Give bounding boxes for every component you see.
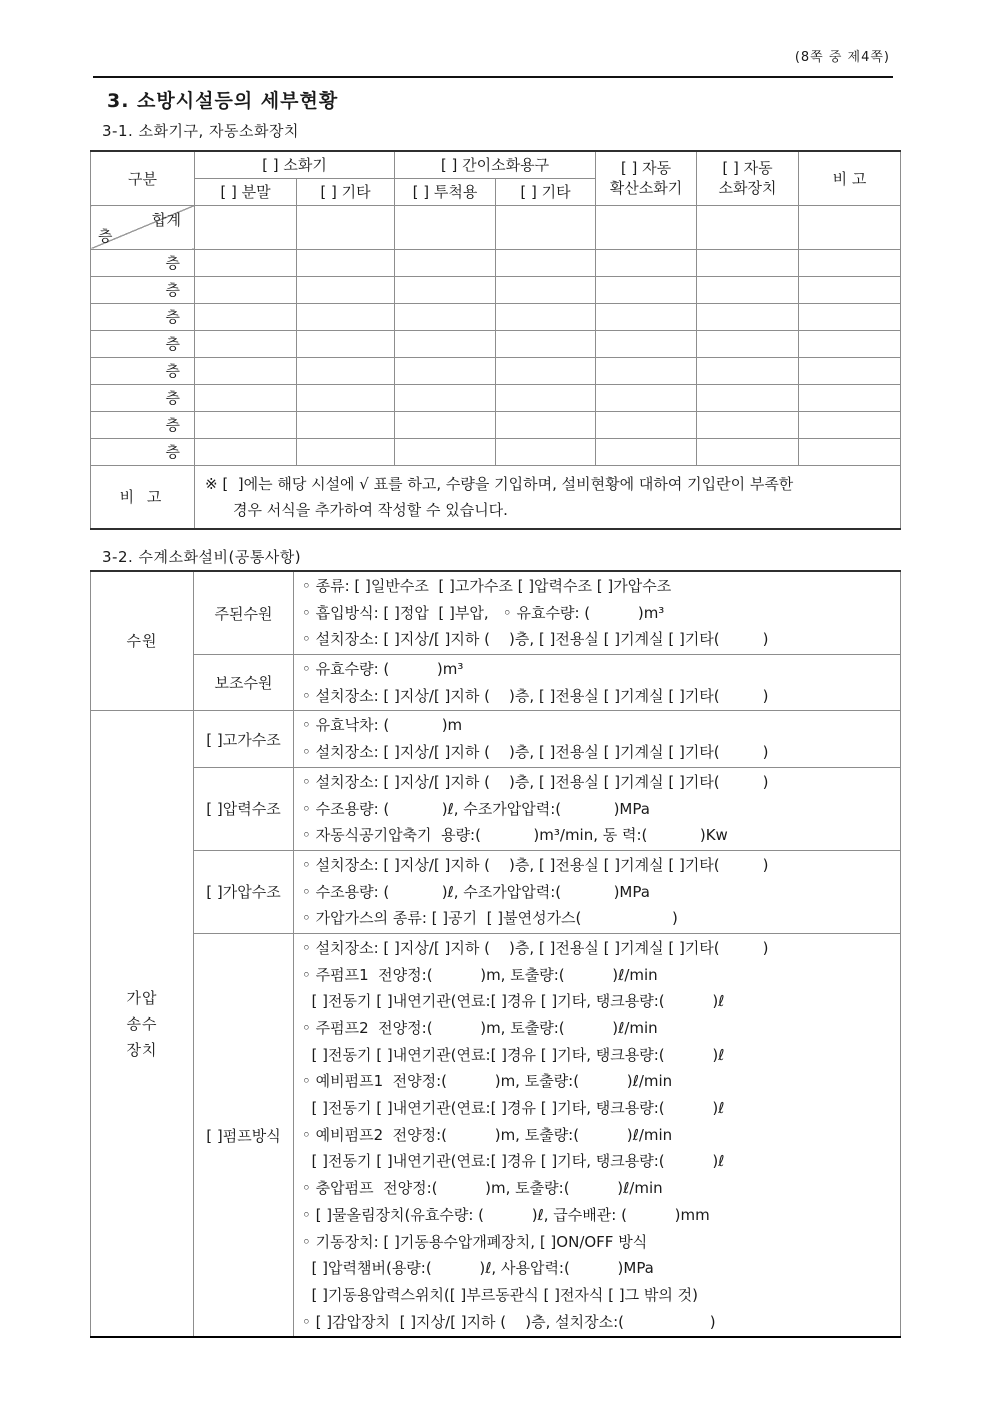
- form-line: ◦ 예비펌프1 전양정:( )m, 토출량:( )ℓ/min: [302, 1068, 898, 1095]
- form-lines-pump-type: ◦ 설치장소: [ ]지상/[ ]지하 ( )층, [ ]전용실 [ ]기계실 …: [294, 933, 901, 1337]
- entry-cell: [697, 303, 799, 330]
- entry-cell: [496, 330, 596, 357]
- entry-cell: [195, 357, 297, 384]
- water-system-table: 수원 주된수원 ◦ 종류: [ ]일반수조 [ ]고가수조 [ ]압력수조 [ …: [90, 570, 901, 1338]
- total-row: 합계 층: [91, 205, 901, 249]
- entry-cell: [195, 276, 297, 303]
- form-line: ◦ 설치장소: [ ]지상/[ ]지하 ( )층, [ ]전용실 [ ]기계실 …: [302, 683, 898, 710]
- entry-cell: [496, 411, 596, 438]
- remarks-row: 비 고 ※ [ ]에는 해당 시설에 √ 표를 하고, 수량을 기입하며, 설비…: [91, 465, 901, 529]
- entry-cell: [596, 357, 697, 384]
- form-line: ◦ 수조용량: ( )ℓ, 수조가압압력:( )MPa: [302, 879, 898, 906]
- subrow-label-main-source: 주된수원: [194, 571, 294, 655]
- form-line: ◦ 가압가스의 종류: [ ]공기 [ ]불연성가스( ): [302, 905, 898, 932]
- entry-cell: [496, 249, 596, 276]
- subrow-label-elevated-tank: [ ]고가수조: [194, 711, 294, 767]
- remarks-row-label: 비 고: [91, 465, 195, 529]
- header-auto-device-line1: [ ] 자동: [697, 158, 798, 178]
- floor-label: 층: [91, 249, 195, 276]
- form-lines-aux-source: ◦ 유효수량: ( )m³ ◦ 설치장소: [ ]지상/[ ]지하 ( )층, …: [294, 655, 901, 711]
- form-line: [ ]전동기 [ ]내연기관(연료:[ ]경유 [ ]기타, 탱크용량:( )ℓ: [302, 1042, 898, 1069]
- entry-cell: [799, 205, 901, 249]
- entry-cell: [596, 205, 697, 249]
- entry-cell: [395, 438, 496, 465]
- form-line: ◦ 유효수량: ( )m³: [302, 656, 898, 683]
- floor-row: 층: [91, 357, 901, 384]
- entry-cell: [297, 438, 395, 465]
- form-line: ◦ 유효낙차: ( )m: [302, 712, 898, 739]
- floor-row: 층: [91, 411, 901, 438]
- group-label-water-source: 수원: [91, 571, 194, 711]
- entry-cell: [697, 357, 799, 384]
- entry-cell: [596, 249, 697, 276]
- header-remarks: 비 고: [799, 151, 901, 205]
- diagonal-floor-label: 층: [98, 225, 113, 246]
- floor-label: 층: [91, 330, 195, 357]
- section2-heading: 3-2. 수계소화설비(공통사항): [102, 546, 301, 567]
- floor-row: 층: [91, 438, 901, 465]
- page-title: 3. 소방시설등의 세부현황: [107, 86, 338, 113]
- entry-cell: [297, 205, 395, 249]
- form-line: ◦ 수조용량: ( )ℓ, 수조가압압력:( )MPa: [302, 796, 898, 823]
- entry-cell: [697, 276, 799, 303]
- floor-label: 층: [91, 411, 195, 438]
- entry-cell: [596, 303, 697, 330]
- form-line: [ ]전동기 [ ]내연기관(연료:[ ]경유 [ ]기타, 탱크용량:( )ℓ: [302, 988, 898, 1015]
- table-row: 보조수원 ◦ 유효수량: ( )m³ ◦ 설치장소: [ ]지상/[ ]지하 (…: [91, 655, 901, 711]
- form-line: ◦ 자동식공기압축기 용량:( )m³/min, 동 력:( )Kw: [302, 822, 898, 849]
- form-line: [ ]전동기 [ ]내연기관(연료:[ ]경유 [ ]기타, 탱크용량:( )ℓ: [302, 1148, 898, 1175]
- entry-cell: [596, 276, 697, 303]
- form-line: ◦ 설치장소: [ ]지상/[ ]지하 ( )층, [ ]전용실 [ ]기계실 …: [302, 626, 898, 653]
- header-auto-device: [ ] 자동 소화장치: [697, 151, 799, 205]
- form-line: ◦ 종류: [ ]일반수조 [ ]고가수조 [ ]압력수조 [ ]가압수조: [302, 573, 898, 600]
- table-row: 수원 주된수원 ◦ 종류: [ ]일반수조 [ ]고가수조 [ ]압력수조 [ …: [91, 571, 901, 655]
- entry-cell: [297, 384, 395, 411]
- entry-cell: [297, 303, 395, 330]
- entry-cell: [596, 438, 697, 465]
- floor-row: 층: [91, 330, 901, 357]
- entry-cell: [195, 303, 297, 330]
- header-auto-diffusion-line1: [ ] 자동: [596, 158, 696, 178]
- document-page: (8쪽 중 제4쪽) 3. 소방시설등의 세부현황 3-1. 소화기구, 자동소…: [0, 0, 992, 1403]
- entry-cell: [496, 205, 596, 249]
- form-line: ◦ 설치장소: [ ]지상/[ ]지하 ( )층, [ ]전용실 [ ]기계실 …: [302, 769, 898, 796]
- floor-label: 층: [91, 438, 195, 465]
- form-line: ◦ [ ]물올림장치(유효수량: ( )ℓ, 급수배관: ( )mm: [302, 1202, 898, 1229]
- form-lines-pressurized-tank: ◦ 설치장소: [ ]지상/[ ]지하 ( )층, [ ]전용실 [ ]기계실 …: [294, 850, 901, 933]
- entry-cell: [297, 249, 395, 276]
- subrow-label-pressurized-tank: [ ]가압수조: [194, 850, 294, 933]
- footnote-line-1: ※ [ ]에는 해당 시설에 √ 표를 하고, 수량을 기입하며, 설비현황에 …: [205, 471, 894, 497]
- entry-cell: [799, 303, 901, 330]
- table-row: 가압 송수 장치 [ ]고가수조 ◦ 유효낙차: ( )m ◦ 설치장소: [ …: [91, 711, 901, 767]
- entry-cell: [395, 357, 496, 384]
- header-other-1: [ ] 기타: [297, 178, 395, 205]
- header-gubun: 구분: [91, 151, 195, 205]
- entry-cell: [195, 438, 297, 465]
- header-powder: [ ] 분말: [195, 178, 297, 205]
- entry-cell: [697, 249, 799, 276]
- entry-cell: [799, 276, 901, 303]
- table-row: [ ]압력수조 ◦ 설치장소: [ ]지상/[ ]지하 ( )층, [ ]전용실…: [91, 767, 901, 850]
- entry-cell: [799, 249, 901, 276]
- entry-cell: [395, 205, 496, 249]
- entry-cell: [799, 330, 901, 357]
- floor-label: 층: [91, 276, 195, 303]
- diagonal-header-cell: 합계 층: [91, 205, 195, 249]
- form-line: [ ]압력챔버(용량:( )ℓ, 사용압력:( )MPa: [302, 1255, 898, 1282]
- floor-label: 층: [91, 384, 195, 411]
- entry-cell: [395, 330, 496, 357]
- form-line: [ ]기동용압력스위치([ ]부르동관식 [ ]전자식 [ ]그 밖의 것): [302, 1282, 898, 1309]
- entry-cell: [496, 357, 596, 384]
- floor-label: 층: [91, 303, 195, 330]
- entry-cell: [697, 205, 799, 249]
- header-throwing: [ ] 투척용: [395, 178, 496, 205]
- form-line: ◦ 예비펌프2 전양정:( )m, 토출량:( )ℓ/min: [302, 1122, 898, 1149]
- header-other-2: [ ] 기타: [496, 178, 596, 205]
- entry-cell: [496, 438, 596, 465]
- section1-heading: 3-1. 소화기구, 자동소화장치: [102, 120, 299, 141]
- form-line: ◦ 주펌프2 전양정:( )m, 토출량:( )ℓ/min: [302, 1015, 898, 1042]
- entry-cell: [697, 330, 799, 357]
- entry-cell: [496, 276, 596, 303]
- form-line: ◦ 설치장소: [ ]지상/[ ]지하 ( )층, [ ]전용실 [ ]기계실 …: [302, 935, 898, 962]
- form-line: ◦ 설치장소: [ ]지상/[ ]지하 ( )층, [ ]전용실 [ ]기계실 …: [302, 852, 898, 879]
- entry-cell: [697, 438, 799, 465]
- group-label-pressurized-supply: 가압 송수 장치: [91, 711, 194, 1337]
- form-line: [ ]전동기 [ ]내연기관(연료:[ ]경유 [ ]기타, 탱크용량:( )ℓ: [302, 1095, 898, 1122]
- entry-cell: [496, 384, 596, 411]
- table-row: [ ]가압수조 ◦ 설치장소: [ ]지상/[ ]지하 ( )층, [ ]전용실…: [91, 850, 901, 933]
- entry-cell: [395, 249, 496, 276]
- entry-cell: [596, 384, 697, 411]
- form-line: ◦ 주펌프1 전양정:( )m, 토출량:( )ℓ/min: [302, 962, 898, 989]
- floor-row: 층: [91, 303, 901, 330]
- floor-row: 층: [91, 384, 901, 411]
- entry-cell: [697, 411, 799, 438]
- entry-cell: [195, 330, 297, 357]
- header-auto-diffusion-line2: 확산소화기: [596, 178, 696, 198]
- entry-cell: [297, 411, 395, 438]
- header-simple-tool-group: [ ] 간이소화용구: [395, 151, 596, 178]
- diagonal-total-label: 합계: [152, 209, 181, 230]
- form-lines-elevated-tank: ◦ 유효낙차: ( )m ◦ 설치장소: [ ]지상/[ ]지하 ( )층, […: [294, 711, 901, 767]
- subrow-label-pump-type: [ ]펌프방식: [194, 933, 294, 1337]
- entry-cell: [195, 384, 297, 411]
- header-extinguisher-group: [ ] 소화기: [195, 151, 395, 178]
- form-line: ◦ 기동장치: [ ]기동용수압개폐장치, [ ]ON/OFF 방식: [302, 1229, 898, 1256]
- entry-cell: [799, 438, 901, 465]
- entry-cell: [297, 330, 395, 357]
- table-row: [ ]펌프방식 ◦ 설치장소: [ ]지상/[ ]지하 ( )층, [ ]전용실…: [91, 933, 901, 1337]
- floor-row: 층: [91, 276, 901, 303]
- form-line: ◦ 설치장소: [ ]지상/[ ]지하 ( )층, [ ]전용실 [ ]기계실 …: [302, 739, 898, 766]
- entry-cell: [799, 384, 901, 411]
- entry-cell: [395, 411, 496, 438]
- subrow-label-aux-source: 보조수원: [194, 655, 294, 711]
- entry-cell: [799, 411, 901, 438]
- entry-cell: [195, 249, 297, 276]
- form-lines-pressure-tank: ◦ 설치장소: [ ]지상/[ ]지하 ( )층, [ ]전용실 [ ]기계실 …: [294, 767, 901, 850]
- form-line: ◦ [ ]감압장치 [ ]지상/[ ]지하 ( )층, 설치장소:( ): [302, 1309, 898, 1336]
- entry-cell: [195, 411, 297, 438]
- page-indicator: (8쪽 중 제4쪽): [795, 46, 890, 65]
- form-lines-main-source: ◦ 종류: [ ]일반수조 [ ]고가수조 [ ]압력수조 [ ]가압수조 ◦ …: [294, 571, 901, 655]
- subrow-label-pressure-tank: [ ]압력수조: [194, 767, 294, 850]
- footnote-line-2: 경우 서식을 추가하여 작성할 수 있습니다.: [205, 497, 894, 523]
- entry-cell: [395, 303, 496, 330]
- form-line: ◦ 충압펌프 전양정:( )m, 토출량:( )ℓ/min: [302, 1175, 898, 1202]
- extinguisher-summary-table: 구분 [ ] 소화기 [ ] 간이소화용구 [ ] 자동 확산소화기 [ ] 자…: [90, 150, 901, 530]
- form-line: ◦ 흡입방식: [ ]정압 [ ]부압, ◦ 유효수량: ( )m³: [302, 600, 898, 627]
- entry-cell: [697, 384, 799, 411]
- entry-cell: [297, 276, 395, 303]
- header-auto-device-line2: 소화장치: [697, 178, 798, 198]
- entry-cell: [395, 276, 496, 303]
- entry-cell: [297, 357, 395, 384]
- entry-cell: [799, 357, 901, 384]
- floor-row: 층: [91, 249, 901, 276]
- floor-label: 층: [91, 357, 195, 384]
- header-auto-diffusion: [ ] 자동 확산소화기: [596, 151, 697, 205]
- entry-cell: [496, 303, 596, 330]
- entry-cell: [395, 384, 496, 411]
- remarks-note-cell: ※ [ ]에는 해당 시설에 √ 표를 하고, 수량을 기입하며, 설비현황에 …: [195, 465, 901, 529]
- entry-cell: [596, 330, 697, 357]
- entry-cell: [195, 205, 297, 249]
- entry-cell: [596, 411, 697, 438]
- header-rule: [93, 76, 893, 78]
